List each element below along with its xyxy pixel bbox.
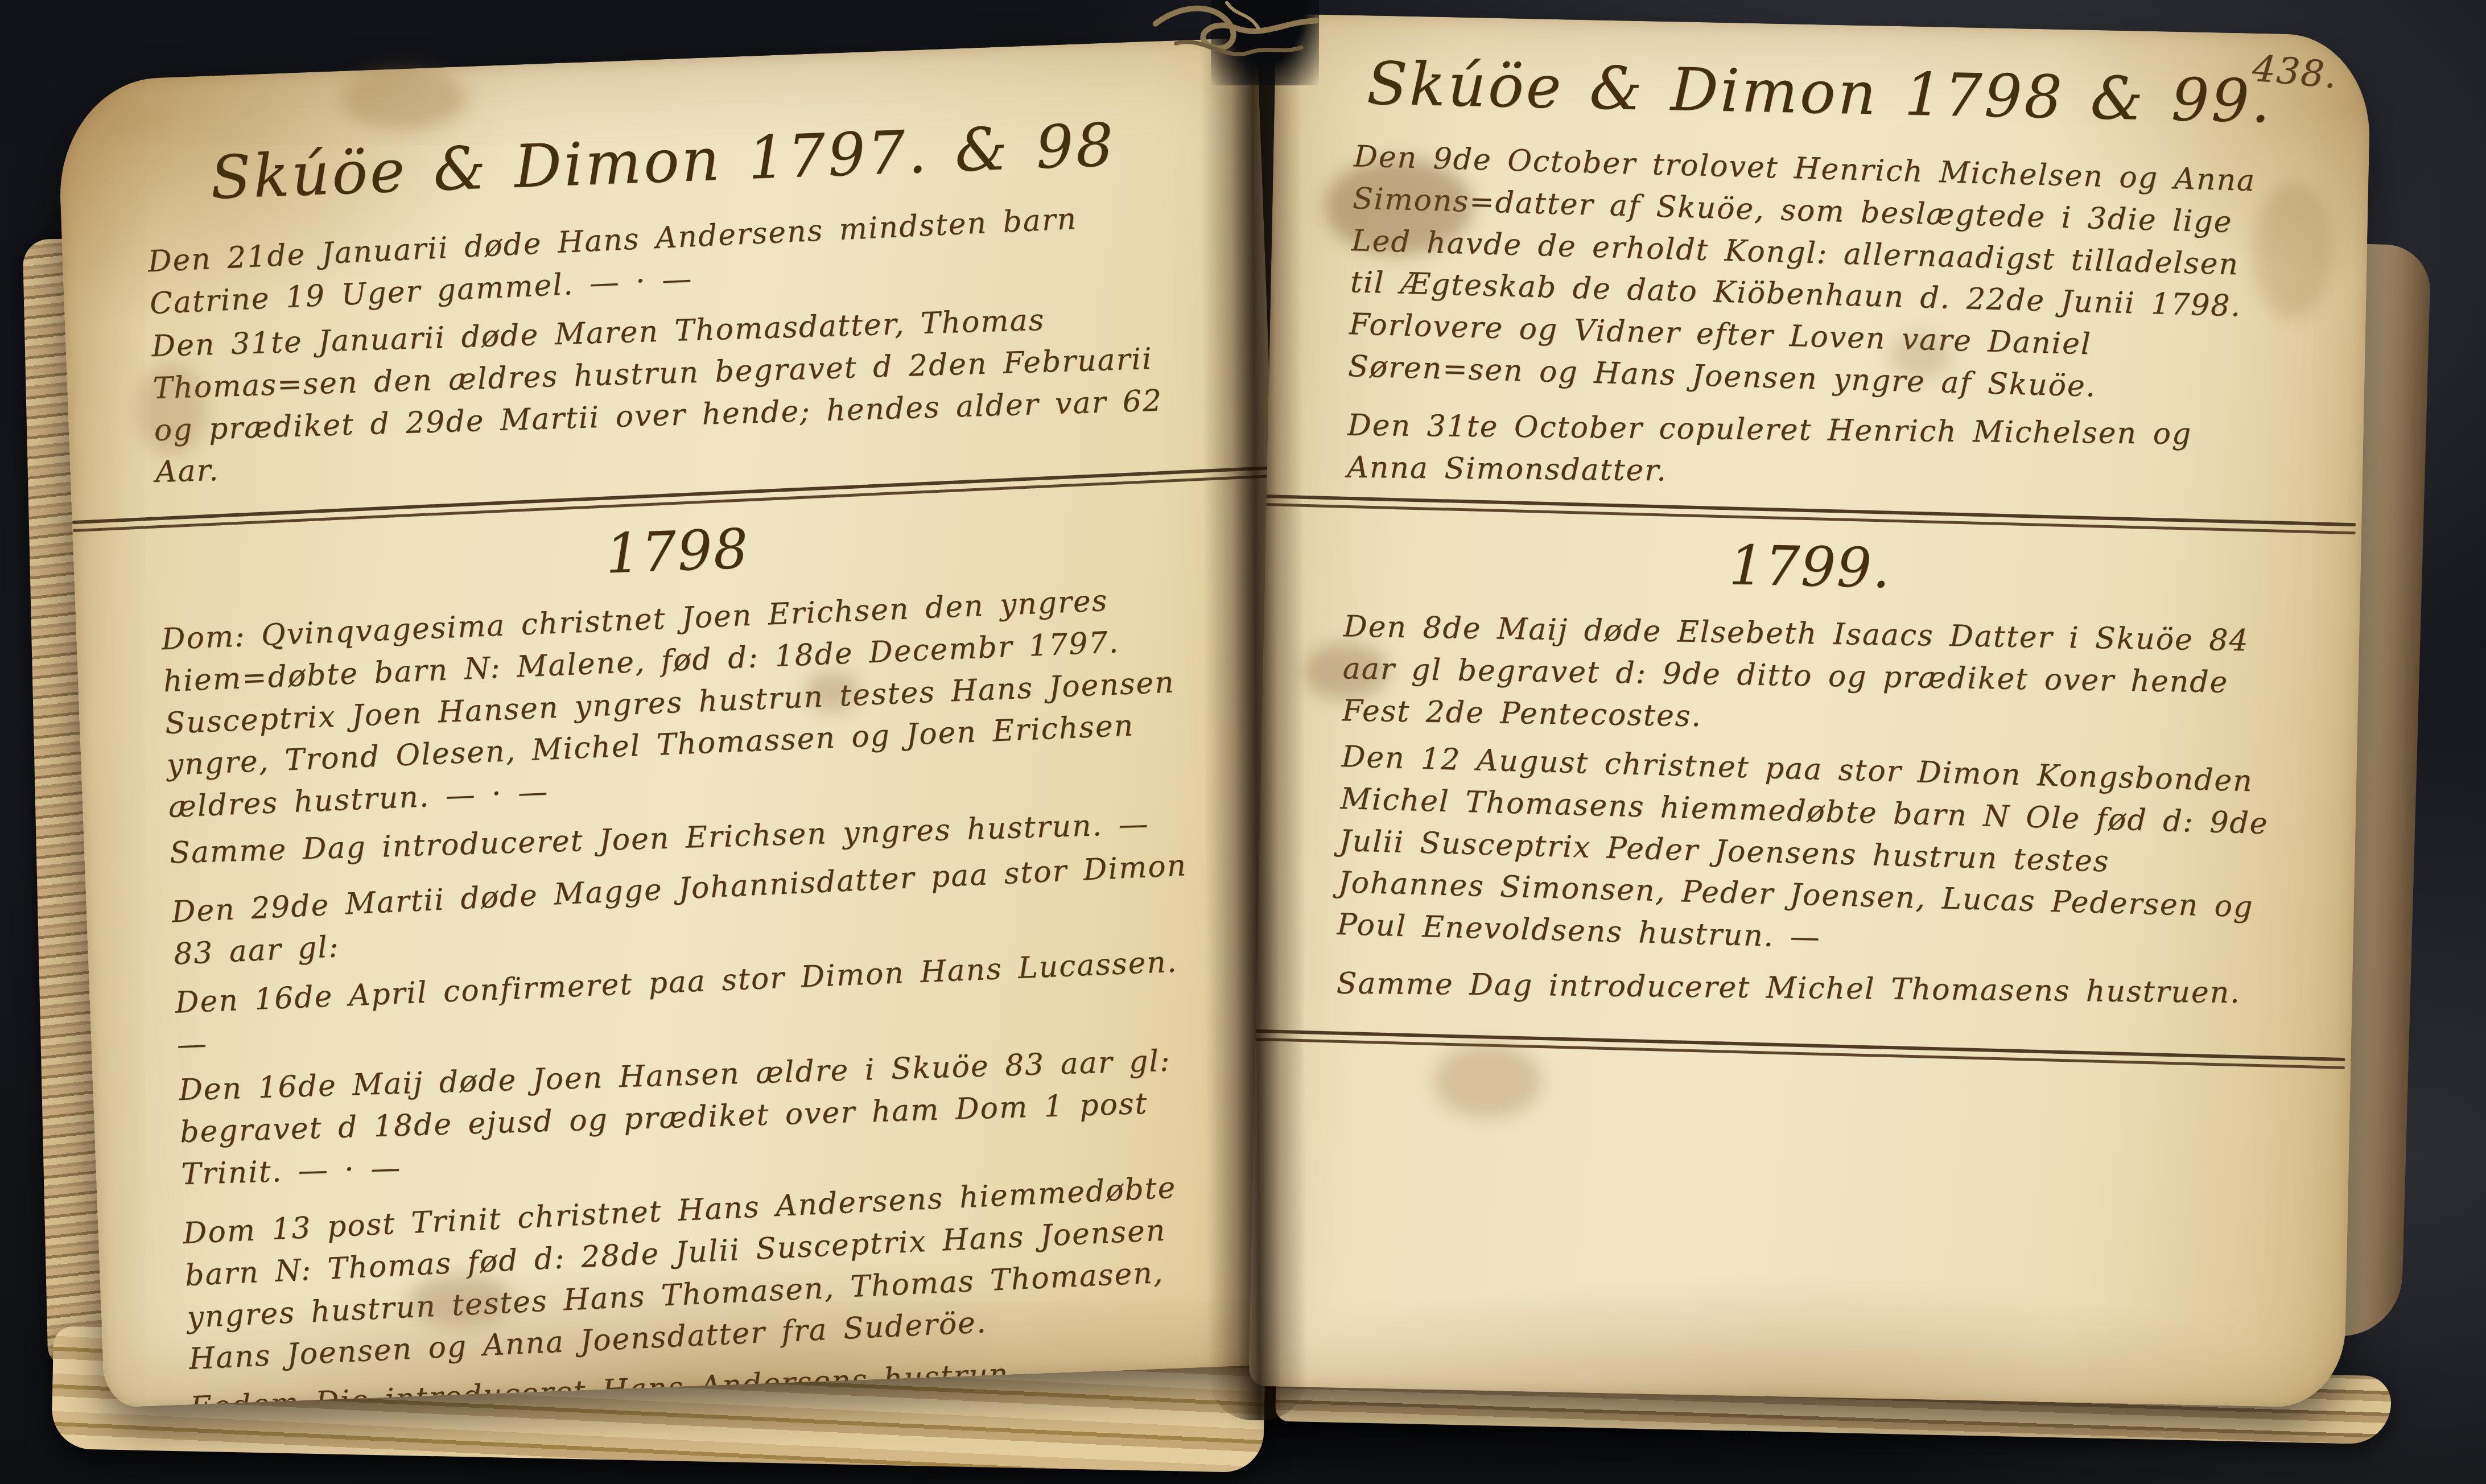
right-page: 438. Skúöe & Dimon 1798 & 99. Den 9de Oc… (1249, 14, 2372, 1408)
register-entry: Dom: Qvinqvagesima christnet Joen Erichs… (160, 577, 1205, 830)
left-page: Skúöe & Dimon 1797. & 98 Den 21de Januar… (56, 38, 1305, 1408)
page-number: 438. (2250, 47, 2340, 97)
register-entry: Samme Dag introduceret Michel Thomasens … (1336, 963, 2267, 1015)
register-entry: Den 31te Januarii døde Maren Thomasdatte… (151, 295, 1192, 494)
register-entry: Den 31te October copuleret Henrich Miche… (1347, 405, 2278, 499)
left-page-title: Skúöe & Dimon 1797. & 98 (144, 110, 1182, 213)
manuscript-scan: Skúöe & Dimon 1797. & 98 Den 21de Januar… (0, 0, 2486, 1484)
register-entry: Den 8de Maij døde Elsebeth Isaacs Datter… (1342, 606, 2274, 747)
register-entry: Den 12 August christnet paa stor Dimon K… (1337, 736, 2272, 971)
section-divider (1250, 1029, 2345, 1069)
register-entry: Dom 13 post Trinit christnet Hans Anders… (182, 1165, 1226, 1381)
right-page-title: Skúöe & Dimon 1798 & 99. (1354, 51, 2285, 134)
year-header-1799: 1799. (1345, 526, 2276, 608)
register-entry: Den 9de October trolovet Henrich Michels… (1347, 137, 2284, 414)
